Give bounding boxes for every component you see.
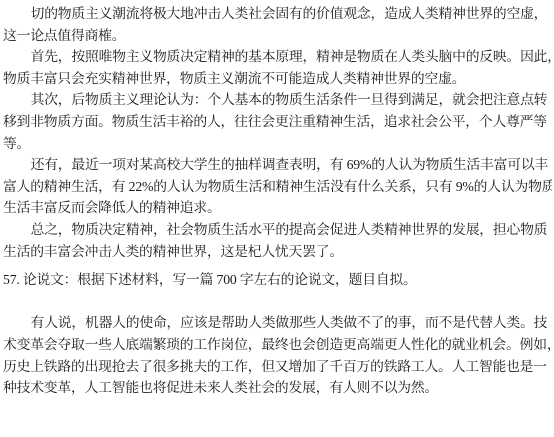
question-prompt-line: 57. 论说文：根据下述材料，写一篇 700 字左右的论说文，题目自拟。 [3, 269, 552, 291]
text-line: 生活丰富反而会降低人的精神追求。 [3, 197, 552, 219]
text-line: 总之，物质决定精神，社会物质生活水平的提高会促进人类精神世界的发展，担心物质 [3, 219, 552, 241]
document-page: 切的物质主义潮流将极大地冲击人类社会固有的价值观念，造成人类精神世界的空虚， 这… [0, 0, 554, 437]
text-line: 其次，后物质主义理论认为：个人基本的物质生活条件一旦得到满足，就会把注意点转 [3, 89, 552, 111]
text-line: 历史上铁路的出现抢去了很多挑夫的工作，但又增加了千百万的铁路工人。人工智能也是一 [3, 356, 552, 378]
text-line: 还有，最近一项对某高校大学生的抽样调查表明，有 69%的人认为物质生活丰富可以丰 [3, 154, 552, 176]
text-line: 切的物质主义潮流将极大地冲击人类社会固有的价值观念，造成人类精神世界的空虚， [3, 3, 552, 25]
text-line: 生活的丰富会冲击人类的精神世界，这是杞人忧天罢了。 [3, 241, 552, 263]
text-line: 移到非物质方面。物质生活丰裕的人，往往会更注重精神生活，追求社会公平，个人尊严等 [3, 111, 552, 133]
text-line: 有人说，机器人的使命，应该是帮助人类做那些人类做不了的事，而不是代替人类。技 [3, 312, 552, 334]
text-line: 首先，按照唯物主义物质决定精神的基本原理，精神是物质在人类头脑中的反映。因此， [3, 46, 552, 68]
text-line: 术变革会夺取一些人底端繁琐的工作岗位，最终也会创造更高端更人性化的就业机会。例如… [3, 334, 552, 356]
text-line: 物质丰富只会充实精神世界，物质主义潮流不可能造成人类精神世界的空虚。 [3, 68, 552, 90]
text-line: 这一论点值得商榷。 [3, 25, 552, 47]
text-line: 种技术变革，人工智能也将促进未来人类社会的发展，有人则不以为然。 [3, 377, 552, 399]
text-line: 等。 [3, 133, 552, 155]
text-line: 富人的精神生活，有 22%的人认为物质生活和精神生活没有什么关系，只有 9%的人… [3, 176, 552, 198]
